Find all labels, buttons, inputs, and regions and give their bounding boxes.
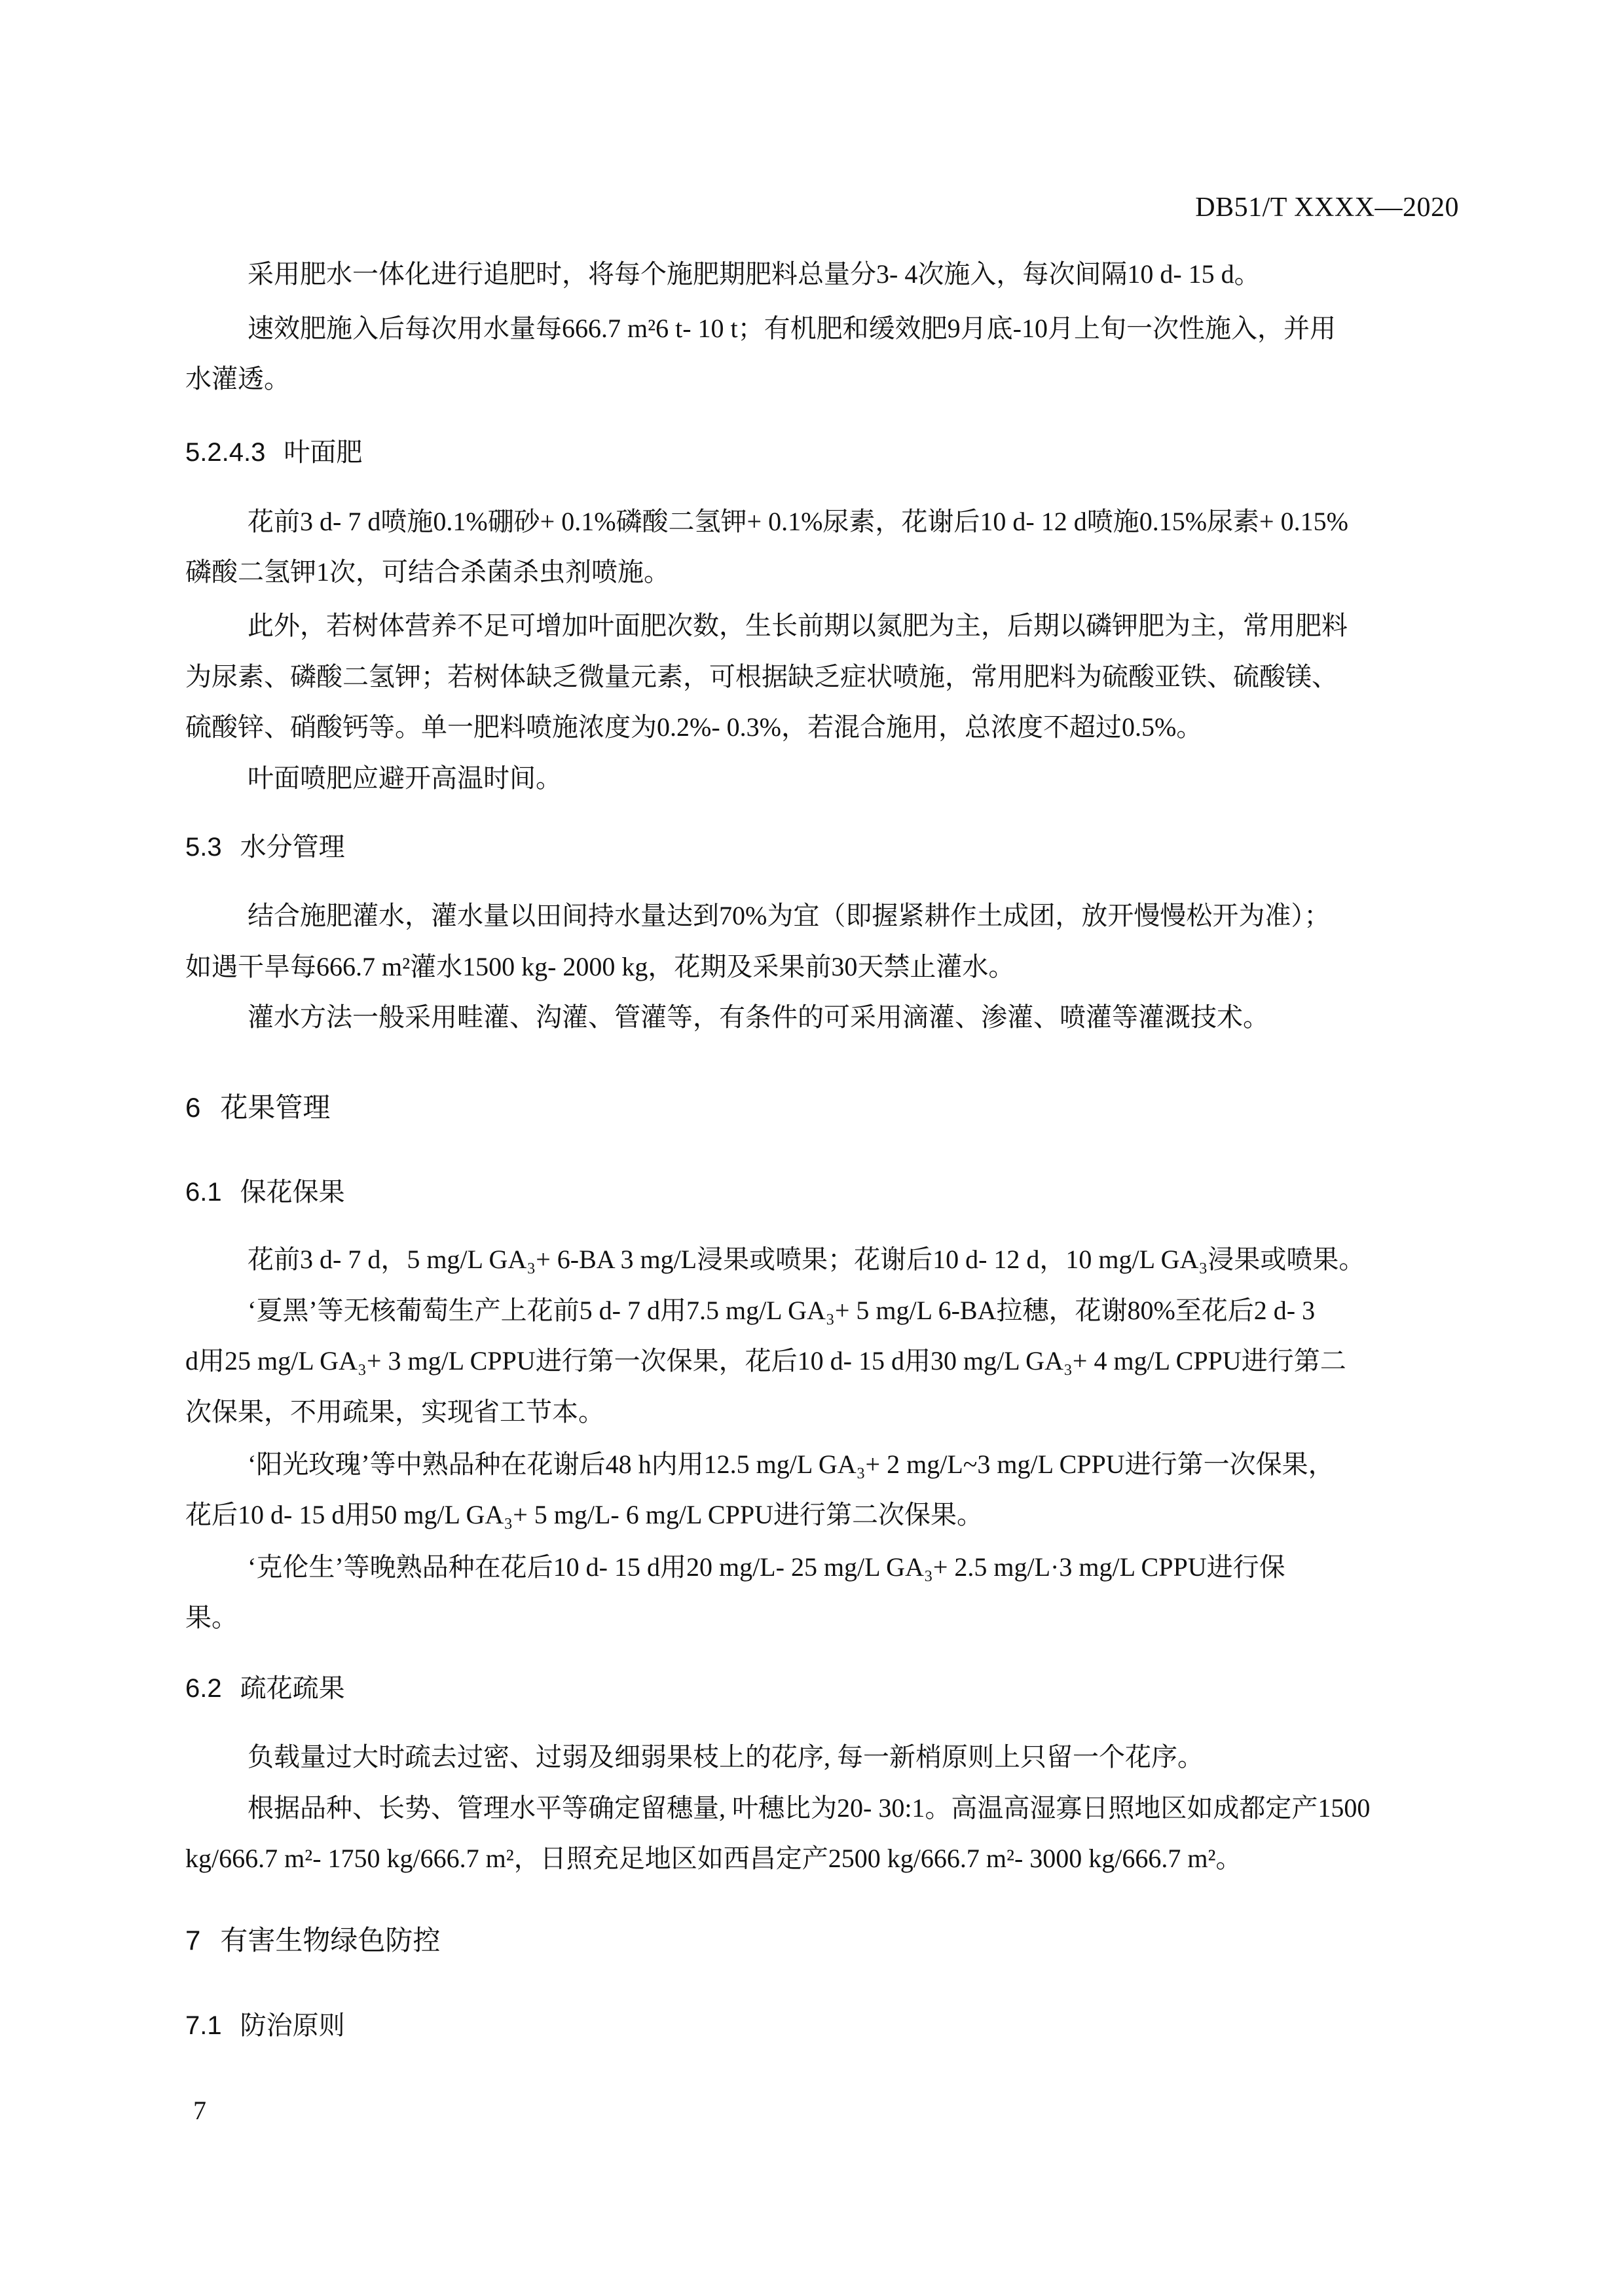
paragraph-line: 水灌透。 bbox=[185, 363, 1460, 395]
paragraph-line: 花前3 d- 7 d喷施0.1%硼砂+ 0.1%磷酸二氢钾+ 0.1%尿素，花谢… bbox=[185, 506, 1460, 538]
paragraph-line: 硫酸锌、硝酸钙等。单一肥料喷施浓度为0.2%- 0.3%，若混合施用，总浓度不超… bbox=[185, 712, 1460, 743]
paragraph-line: 速效肥施入后每次用水量每666.7 m²6 t- 10 t；有机肥和缓效肥9月底… bbox=[185, 313, 1460, 344]
section-number: 7.1 bbox=[185, 2010, 222, 2041]
section-title: 水分管理 bbox=[240, 833, 345, 862]
page-number: 7 bbox=[193, 2095, 206, 2126]
paragraph-line: 磷酸二氢钾1次，可结合杀菌杀虫剂喷施。 bbox=[185, 556, 1460, 588]
paragraph-line: 负载量过大时疏去过密、过弱及细弱果枝上的花序, 每一新梢原则上只留一个花序。 bbox=[185, 1741, 1460, 1773]
paragraph-line: 如遇干旱每666.7 m²灌水1500 kg- 2000 kg，花期及采果前30… bbox=[185, 951, 1460, 983]
section-heading-7-1: 7.1防治原则 bbox=[185, 2010, 345, 2041]
paragraph-line: 根据品种、长势、管理水平等确定留穗量, 叶穗比为20- 30:1。高温高湿寡日照… bbox=[185, 1793, 1460, 1824]
section-number: 6 bbox=[185, 1092, 200, 1123]
section-heading-5-3: 5.3水分管理 bbox=[185, 831, 345, 863]
paragraph-line: 次保果，不用疏果，实现省工节本。 bbox=[185, 1396, 1460, 1428]
section-number: 6.1 bbox=[185, 1176, 222, 1208]
paragraph-line: 果。 bbox=[185, 1602, 1460, 1633]
paragraph-line: 花后10 d- 15 d用50 mg/L GA₃+ 5 mg/L- 6 mg/L… bbox=[185, 1499, 1460, 1531]
document-code-header: DB51/T XXXX—2020 bbox=[1195, 192, 1459, 223]
paragraph-line: 灌水方法一般采用畦灌、沟灌、管灌等，有条件的可采用滴灌、渗灌、喷灌等灌溉技术。 bbox=[185, 1002, 1460, 1033]
paragraph-line: 叶面喷肥应避开高温时间。 bbox=[185, 763, 1460, 794]
paragraph-line: kg/666.7 m²- 1750 kg/666.7 m²，日照充足地区如西昌定… bbox=[185, 1843, 1460, 1874]
paragraph-line: 为尿素、磷酸二氢钾；若树体缺乏微量元素，可根据缺乏症状喷施，常用肥料为硫酸亚铁、… bbox=[185, 661, 1460, 693]
paragraph-line: ‘夏黑’等无核葡萄生产上花前5 d- 7 d用7.5 mg/L GA₃+ 5 m… bbox=[185, 1295, 1460, 1326]
section-title: 保花保果 bbox=[240, 1178, 345, 1207]
paragraph-line: ‘克伦生’等晚熟品种在花后10 d- 15 d用20 mg/L- 25 mg/L… bbox=[185, 1552, 1460, 1583]
paragraph-line: ‘阳光玫瑰’等中熟品种在花谢后48 h内用12.5 mg/L GA₃+ 2 mg… bbox=[185, 1449, 1460, 1480]
section-title: 疏花疏果 bbox=[240, 1674, 345, 1703]
paragraph-line: 此外，若树体营养不足可增加叶面肥次数，生长前期以氮肥为主，后期以磷钾肥为主，常用… bbox=[185, 610, 1460, 642]
section-number: 5.3 bbox=[185, 831, 222, 863]
section-title: 花果管理 bbox=[220, 1092, 330, 1123]
section-heading-6-1: 6.1保花保果 bbox=[185, 1176, 345, 1208]
section-number: 6.2 bbox=[185, 1673, 222, 1704]
section-heading-5-2-4-3: 5.2.4.3叶面肥 bbox=[185, 437, 362, 468]
section-title: 防治原则 bbox=[240, 2011, 345, 2040]
paragraph-line: 结合施肥灌水，灌水量以田间持水量达到70%为宜（即握紧耕作土成团，放开慢慢松开为… bbox=[185, 900, 1460, 932]
section-number: 5.2.4.3 bbox=[185, 437, 265, 468]
paragraph-line: d用25 mg/L GA₃+ 3 mg/L CPPU进行第一次保果，花后10 d… bbox=[185, 1345, 1460, 1377]
section-heading-7: 7有害生物绿色防控 bbox=[185, 1925, 440, 1956]
paragraph-line: 采用肥水一体化进行追肥时，将每个施肥期肥料总量分3- 4次施入，每次间隔10 d… bbox=[185, 259, 1460, 290]
section-number: 7 bbox=[185, 1925, 200, 1956]
paragraph-line: 花前3 d- 7 d，5 mg/L GA₃+ 6-BA 3 mg/L浸果或喷果；… bbox=[185, 1244, 1460, 1275]
section-title: 有害生物绿色防控 bbox=[220, 1925, 440, 1956]
section-heading-6: 6花果管理 bbox=[185, 1092, 330, 1123]
section-title: 叶面肥 bbox=[284, 438, 362, 467]
section-heading-6-2: 6.2疏花疏果 bbox=[185, 1673, 345, 1704]
